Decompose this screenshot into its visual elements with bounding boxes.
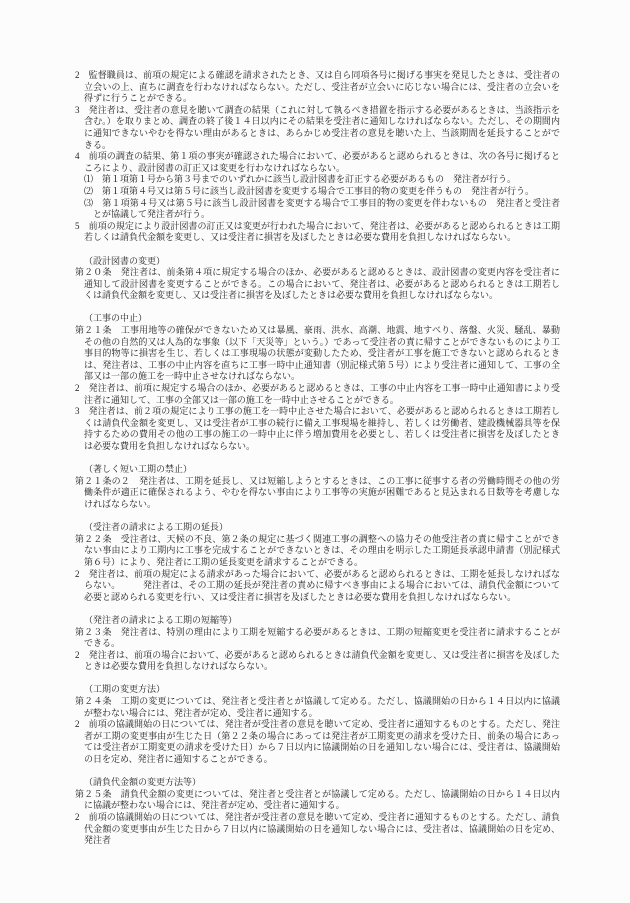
contract-text-block: 2 監督職員は、前項の規定による確認を請求されたとき、又は自ら同項各号に掲げる事… [75,70,560,847]
article-paragraph: 第２１条の２ 発注者は、工期を延長し、又は短縮しようとするときは、この工事に従事… [75,476,560,511]
article-heading: （設計図書の変更） [75,256,560,268]
article-paragraph: 第２５条 請負代金額の変更については、発注者と受注者とが協議して定める。ただし、… [75,789,560,812]
article-heading: （受注者の請求による工期の延長） [75,522,560,534]
article-heading: （工事の中止） [75,313,560,325]
article-heading: （工期の変更方法） [75,684,560,696]
numbered-item-paragraph: 2 監督職員は、前項の規定による確認を請求されたとき、又は自ら同項各号に掲げる事… [75,70,560,105]
sub-item-paragraph: ⑶ 第１項第４号又は第５号に該当し設計図書を変更する場合で工事目的物の変更を伴わ… [75,198,560,221]
numbered-item-paragraph: 2 発注者は、前項の場合において、必要があると認められるときは請負代金額を変更し… [75,650,560,673]
numbered-item-paragraph: 3 発注者は、受注者の意見を聴いて調査の結果（これに対して執るべき措置を指示する… [75,105,560,151]
numbered-item-paragraph: 4 前項の調査の結果、第１項の事実が確認された場合において、必要があると認められ… [75,151,560,174]
article-heading: （著しく短い工期の禁止） [75,464,560,476]
numbered-item-paragraph: 5 前項の規定により設計図書の訂正又は変更が行われた場合において、発注者は、必要… [75,221,560,244]
article-heading: （請負代金額の変更方法等） [75,777,560,789]
sub-item-paragraph: ⑵ 第１項第４号又は第５号に該当し設計図書を変更する場合で工事目的物の変更を伴う… [75,186,560,198]
sub-item-paragraph: ⑴ 第１項第１号から第３号までのいずれかに該当し設計図書を訂正する必要があるもの… [75,174,560,186]
article-heading: （発注者の請求による工期の短縮等） [75,615,560,627]
article-paragraph: 第２３条 発注者は、特別の理由により工期を短縮する必要があるときは、工期の短縮変… [75,627,560,650]
numbered-item-paragraph: 2 前項の協議開始の日については、発注者が受注者の意見を聴いて定め、受注者に通知… [75,719,560,765]
contract-document-page: 2 監督職員は、前項の規定による確認を請求されたとき、又は自ら同項各号に掲げる事… [0,0,630,903]
article-paragraph: 第２２条 受注者は、天候の不良、第２条の規定に基づく関連工事の調整への協力その他… [75,534,560,569]
article-paragraph: 第２１条 工事用地等の確保ができないため又は暴風、豪雨、洪水、高潮、地震、地すべ… [75,325,560,383]
numbered-item-paragraph: 3 発注者は、前２項の規定により工事の施工を一時中止させた場合において、必要があ… [75,406,560,452]
article-paragraph: 第２０条 発注者は、前条第４項に規定する場合のほか、必要があると認めるときは、設… [75,267,560,302]
numbered-item-paragraph: 2 発注者は、前項の規定による請求があった場合において、必要があると認められると… [75,569,560,604]
numbered-item-paragraph: 2 発注者は、前項に規定する場合のほか、必要があると認めるときは、工事の中止内容… [75,383,560,406]
article-paragraph: 第２４条 工期の変更については、発注者と受注者とが協議して定める。ただし、協議開… [75,696,560,719]
numbered-item-paragraph: 2 前項の協議開始の日については、発注者が受注者の意見を聴いて定め、受注者に通知… [75,812,560,847]
